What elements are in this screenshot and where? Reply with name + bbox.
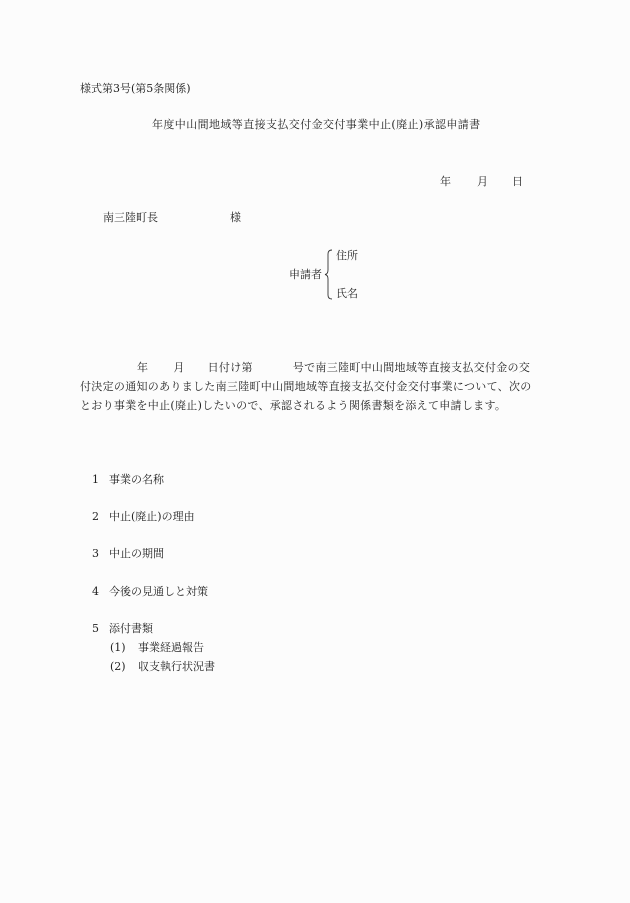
document-title: 年度中山間地域等直接支払交付金交付事業中止(廃止)承認申請書 bbox=[152, 118, 481, 132]
body-year: 年 bbox=[137, 361, 148, 374]
item-number: 5 bbox=[92, 622, 109, 636]
applicant-label: 申請者 bbox=[289, 268, 322, 282]
item-label: 今後の見通しと対策 bbox=[109, 585, 208, 598]
item-attachments: 5添付書類 bbox=[92, 622, 153, 636]
form-number: 様式第3号(第5条関係) bbox=[80, 82, 191, 96]
applicant-name-label: 氏名 bbox=[336, 287, 358, 301]
body-line-1-rest: 号で南三陸町中山間地域等直接支払交付金の交 bbox=[293, 361, 530, 374]
addressee-honorific: 様 bbox=[230, 211, 241, 225]
item-period: 3中止の期間 bbox=[92, 547, 164, 561]
item-number: 3 bbox=[92, 547, 109, 561]
addressee-name: 南三陸町長 bbox=[103, 211, 158, 225]
date-year-label: 年 bbox=[440, 175, 451, 189]
date-day-label: 日 bbox=[512, 175, 523, 189]
item-number: 1 bbox=[92, 473, 109, 487]
item-number: 4 bbox=[92, 585, 109, 599]
item-outlook: 4今後の見通しと対策 bbox=[92, 585, 208, 599]
body-line-3: とおり事業を中止(廃止)したいので、承認されるよう関係書類を添えて申請します。 bbox=[80, 399, 506, 413]
item-business-name: 1事業の名称 bbox=[92, 473, 164, 487]
body-month: 月 bbox=[173, 361, 184, 374]
item-reason: 2中止(廃止)の理由 bbox=[92, 510, 195, 524]
attachment-budget-status: (2)収支執行状況書 bbox=[110, 660, 215, 674]
date-month-label: 月 bbox=[477, 175, 488, 189]
item-label: 事業の名称 bbox=[109, 473, 164, 486]
body-day-suffix: 日付け第 bbox=[208, 361, 253, 374]
item-label: 中止(廃止)の理由 bbox=[109, 510, 195, 523]
attachment-label: 事業経過報告 bbox=[138, 641, 204, 654]
item-label: 中止の期間 bbox=[109, 547, 164, 560]
body-line-2: 付決定の通知のありました南三陸町中山間地域等直接支払交付金交付事業について、次の bbox=[80, 380, 532, 394]
item-label: 添付書類 bbox=[109, 622, 153, 635]
applicant-address-label: 住所 bbox=[336, 249, 358, 263]
body-line-1: 年月日付け第号で南三陸町中山間地域等直接支払交付金の交 bbox=[80, 361, 530, 375]
attachment-number: (2) bbox=[110, 660, 138, 674]
attachment-progress-report: (1)事業経過報告 bbox=[110, 641, 204, 655]
attachment-number: (1) bbox=[110, 641, 138, 655]
item-number: 2 bbox=[92, 510, 109, 524]
curly-brace-icon bbox=[324, 249, 334, 300]
attachment-label: 収支執行状況書 bbox=[138, 660, 215, 673]
